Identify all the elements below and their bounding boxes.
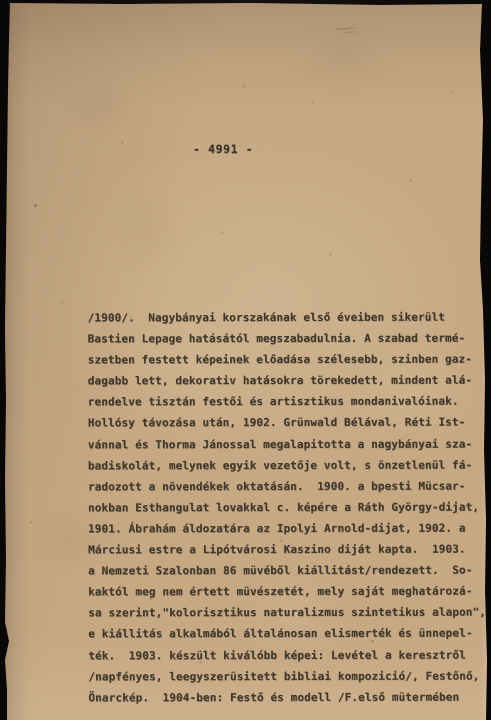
pencil-mark bbox=[333, 26, 361, 35]
text-line: kaktól meg nem értett müvészetét, mely s… bbox=[88, 581, 488, 603]
text-line: nokban Esthangulat lovakkal c. képére a … bbox=[88, 496, 488, 518]
paper-speckles bbox=[0, 0, 1, 1]
text-line: /napfényes, leegyszerüsitett bibliai kom… bbox=[88, 665, 488, 687]
text-line: e kiállitás alkalmából általánosan elism… bbox=[88, 623, 488, 645]
pencil-stroke bbox=[333, 27, 357, 30]
text-line: /1900/. Nagybányai korszakának első évei… bbox=[88, 307, 488, 329]
text-line: Önarckép. 1904-ben: Festő és modell /F.e… bbox=[88, 686, 488, 708]
text-line: badiskolát, melynek egyik vezetője volt,… bbox=[88, 454, 488, 476]
text-line: vánnal és Thorma Jánossal megalapitotta … bbox=[88, 433, 488, 455]
paper-page: - 4991 - /1900/. Nagybányai korszakának … bbox=[0, 0, 491, 720]
text-line: a Nemzeti Szalonban 86 müvéből kiállitás… bbox=[88, 560, 488, 582]
text-line: rendelve tisztán festői és artisztikus m… bbox=[88, 391, 488, 413]
pencil-stroke bbox=[343, 31, 359, 33]
text-line: dagabb lett, dekorativ hatásokra töreked… bbox=[88, 370, 488, 392]
typewritten-paragraph: /1900/. Nagybányai korszakának első évei… bbox=[88, 307, 489, 709]
text-line: sa szerint,"kolorisztikus naturalizmus s… bbox=[88, 602, 488, 624]
text-line: ték. 1903. készült kiválóbb képei: Levét… bbox=[88, 644, 488, 666]
text-line: 1901. Ábrahám áldozatára az Ipolyi Arnol… bbox=[88, 518, 488, 540]
text-line: Márciusi estre a Lipótvárosi Kaszino dij… bbox=[88, 539, 488, 561]
text-line: Hollósy távozása után, 1902. Grünwald Bé… bbox=[88, 412, 488, 434]
text-line: radozott a növendékek oktatásán. 1900. a… bbox=[88, 475, 488, 497]
text-line: szetben festett képeinek előadása széles… bbox=[88, 349, 488, 371]
scan-background: - 4991 - /1900/. Nagybányai korszakának … bbox=[0, 0, 491, 720]
page-number: - 4991 - bbox=[193, 142, 253, 156]
text-line: Bastien Lepage hatásától megszabadulnia.… bbox=[88, 328, 488, 350]
